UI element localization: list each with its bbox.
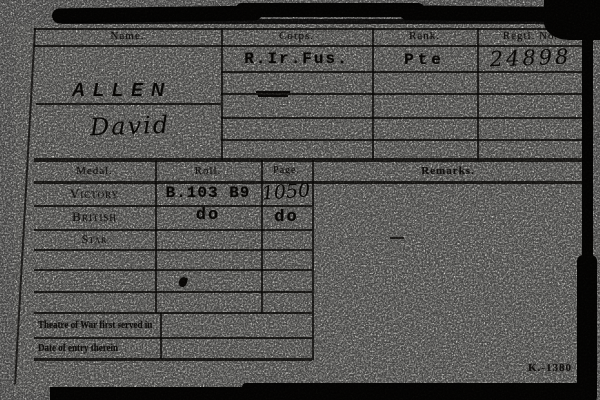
- grid-line: [155, 160, 157, 313]
- forename-handwritten: David: [90, 111, 171, 142]
- roll-value-british: do: [155, 206, 261, 225]
- column-header-medal: Medal.: [34, 165, 155, 177]
- grid-line: [34, 269, 312, 271]
- roll-value-victory: B.103 B9: [155, 184, 261, 202]
- date-of-entry-label: Date of entry therein: [38, 343, 118, 354]
- column-header-page: Page.: [261, 165, 312, 176]
- rank-value: Pte: [372, 51, 477, 69]
- grid-line: [221, 139, 586, 141]
- grid-line: [34, 312, 312, 314]
- medal-label-british: British: [34, 209, 155, 225]
- page-value-british: do: [261, 208, 312, 227]
- grid-line: [34, 158, 586, 162]
- medal-label-star: Star: [34, 232, 155, 247]
- column-header-name: Name.: [34, 30, 221, 42]
- grid-line: [34, 358, 312, 361]
- grid-line: [372, 28, 374, 160]
- grid-line: [34, 229, 312, 231]
- scan-smudge: [60, 19, 555, 24]
- scan-smudge: [235, 3, 425, 17]
- grid-line: [34, 337, 312, 339]
- ditto-mark: [256, 91, 290, 93]
- column-header-corps: Corps.: [221, 30, 372, 42]
- grid-line: [221, 117, 586, 119]
- grid-line: [221, 28, 223, 160]
- grid-line: [221, 71, 586, 73]
- stray-dash: [390, 237, 404, 239]
- ditto-mark: [258, 95, 288, 97]
- grid-line: [36, 103, 221, 105]
- grid-line: [160, 313, 162, 359]
- grid-line: [34, 249, 312, 251]
- scan-smudge: [242, 383, 586, 400]
- surname-handwritten: ALLEN: [72, 80, 172, 101]
- regtl-no-value: 24898: [477, 44, 585, 72]
- theatre-of-war-label: Theatre of War first served in: [38, 320, 152, 331]
- column-header-remarks: Remarks.: [312, 165, 584, 177]
- page-value-victory: 1050: [257, 179, 314, 205]
- scan-smudge: [577, 255, 597, 400]
- medal-label-victory: Victory: [34, 186, 155, 202]
- scanned-medal-index-card: Name. Corps. Rank. Regtl. No. R.Ir.Fus. …: [0, 0, 600, 400]
- column-header-roll: Roll.: [155, 165, 261, 177]
- grid-line: [34, 291, 312, 293]
- corps-value: R.Ir.Fus.: [221, 50, 372, 68]
- column-header-rank: Rank.: [372, 30, 477, 42]
